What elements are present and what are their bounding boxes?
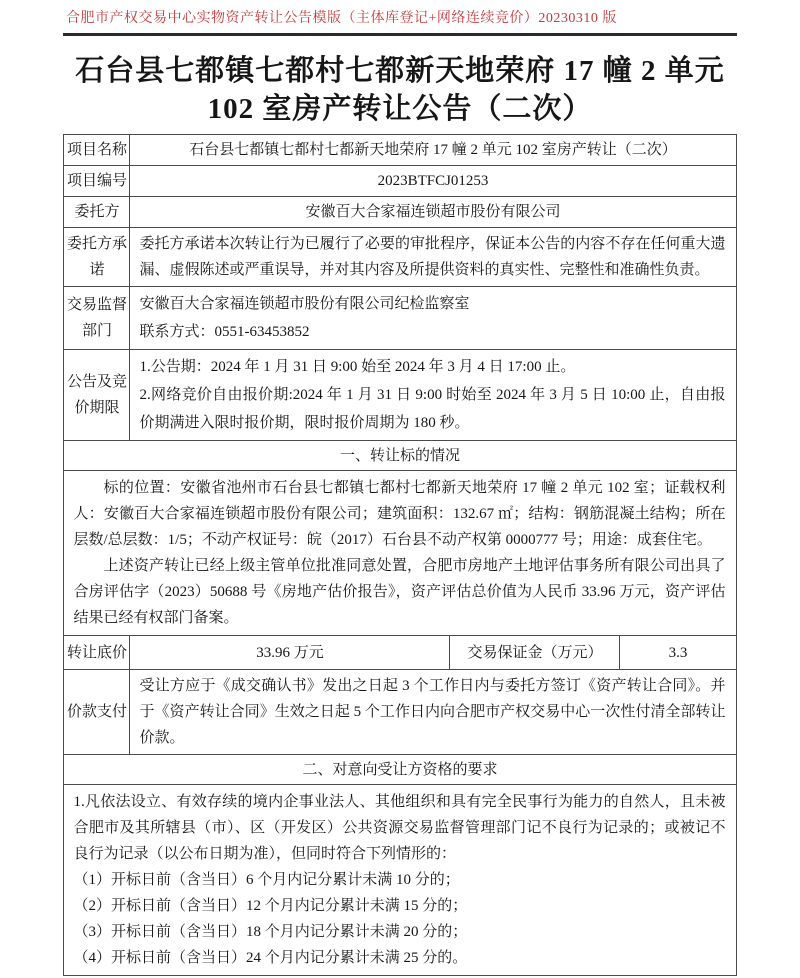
deposit-value: 3.3: [620, 636, 736, 670]
commitment-value: 委托方承诺本次转让行为已履行了必要的审批程序，保证本公告的内容不存在任何重大遗漏…: [130, 228, 736, 287]
row-section1-body: 标的位置：安徽省池州市石台县七都镇七都村七都新天地荣府 17 幢 2 单元 10…: [64, 471, 736, 636]
qualification-item: （4）开标日前（含当日）24 个月内记分累计未满 25 分的。: [73, 945, 725, 971]
project-number-value: 2023BTFCJ01253: [130, 166, 736, 197]
supervision-contact: 联系方式：0551-63453852: [139, 318, 725, 346]
title-line-1: 石台县七都镇七都村七都新天地荣府 17 幢 2 单元: [40, 52, 760, 90]
section2-body: 1.凡依法设立、有效存续的境内企事业法人、其他组织和具有完全民事行为能力的自然人…: [64, 785, 736, 976]
period-item-1: 1.公告期：2024 年 1 月 31 日 9:00 始至 2024 年 3 月…: [139, 353, 725, 381]
floor-price-value: 33.96 万元: [130, 636, 450, 670]
consignor-label: 委托方: [64, 197, 130, 228]
floor-price-label: 转让底价: [64, 636, 130, 670]
project-number-label: 项目编号: [64, 166, 130, 197]
qualification-item: （1）开标日前（含当日）6 个月内记分累计未满 10 分的；: [73, 867, 725, 893]
consignor-value: 安徽百大合家福连锁超市股份有限公司: [130, 197, 736, 228]
payment-value: 受让方应于《成交确认书》发出之日起 3 个工作日内与委托方签订《资产转让合同》。…: [130, 670, 736, 755]
supervision-label: 交易监督部门: [64, 287, 130, 350]
supervision-dept: 安徽百大合家福连锁超市股份有限公司纪检监察室: [139, 290, 725, 318]
deposit-label: 交易保证金（万元）: [450, 636, 620, 670]
row-consignor: 委托方 安徽百大合家福连锁超市股份有限公司: [64, 197, 736, 228]
row-project-number: 项目编号 2023BTFCJ01253: [64, 166, 736, 197]
announcement-table: 项目名称 石台县七都镇七都村七都新天地荣府 17 幢 2 单元 102 室房产转…: [63, 134, 736, 976]
row-commitment: 委托方承诺 委托方承诺本次转让行为已履行了必要的审批程序，保证本公告的内容不存在…: [64, 228, 736, 287]
valuation-description: 上述资产转让已经上级主管单位批准同意处置，合肥市房地产土地评估事务所有限公司出具…: [73, 553, 725, 631]
section1-heading: 一、转让标的情况: [64, 441, 736, 471]
section2-heading: 二、对意向受让方资格的要求: [64, 755, 736, 785]
row-section2-body: 1.凡依法设立、有效存续的境内企事业法人、其他组织和具有完全民事行为能力的自然人…: [64, 785, 736, 976]
commitment-label: 委托方承诺: [64, 228, 130, 287]
qualification-item: （3）开标日前（含当日）18 个月内记分累计未满 20 分的；: [73, 919, 725, 945]
project-name-value: 石台县七都镇七都村七都新天地荣府 17 幢 2 单元 102 室房产转让（二次）: [130, 135, 736, 166]
row-supervision: 交易监督部门 安徽百大合家福连锁超市股份有限公司纪检监察室 联系方式：0551-…: [64, 287, 736, 350]
template-note: 合肥市产权交易中心实物资产转让公告模版（主体库登记+网络连续竞价）2023031…: [66, 10, 800, 27]
supervision-value: 安徽百大合家福连锁超市股份有限公司纪检监察室 联系方式：0551-6345385…: [130, 287, 736, 350]
period-value: 1.公告期：2024 年 1 月 31 日 9:00 始至 2024 年 3 月…: [130, 350, 736, 441]
row-period: 公告及竞价期限 1.公告期：2024 年 1 月 31 日 9:00 始至 20…: [64, 350, 736, 441]
period-label: 公告及竞价期限: [64, 350, 130, 441]
project-name-label: 项目名称: [64, 135, 130, 166]
section1-body: 标的位置：安徽省池州市石台县七都镇七都村七都新天地荣府 17 幢 2 单元 10…: [64, 471, 736, 636]
row-section2-heading: 二、对意向受让方资格的要求: [64, 755, 736, 785]
period-item-2: 2.网络竞价自由报价期:2024 年 1 月 31 日 9:00 时始至 202…: [139, 381, 725, 437]
document-page: 合肥市产权交易中心实物资产转让公告模版（主体库登记+网络连续竞价）2023031…: [0, 0, 800, 978]
row-section1-heading: 一、转让标的情况: [64, 441, 736, 471]
title-line-2: 102 室房产转让公告（二次）: [40, 90, 760, 128]
asset-description: 标的位置：安徽省池州市石台县七都镇七都村七都新天地荣府 17 幢 2 单元 10…: [73, 475, 725, 553]
row-floor-price: 转让底价 33.96 万元 交易保证金（万元） 3.3: [64, 636, 736, 670]
document-title: 石台县七都镇七都村七都新天地荣府 17 幢 2 单元 102 室房产转让公告（二…: [40, 52, 760, 128]
qualification-item: （2）开标日前（含当日）12 个月内记分累计未满 15 分的；: [73, 893, 725, 919]
row-project-name: 项目名称 石台县七都镇七都村七都新天地荣府 17 幢 2 单元 102 室房产转…: [64, 135, 736, 166]
qualification-intro: 1.凡依法设立、有效存续的境内企事业法人、其他组织和具有完全民事行为能力的自然人…: [73, 789, 725, 867]
row-payment: 价款支付 受让方应于《成交确认书》发出之日起 3 个工作日内与委托方签订《资产转…: [64, 670, 736, 755]
header-divider: [63, 33, 737, 36]
payment-label: 价款支付: [64, 670, 130, 755]
